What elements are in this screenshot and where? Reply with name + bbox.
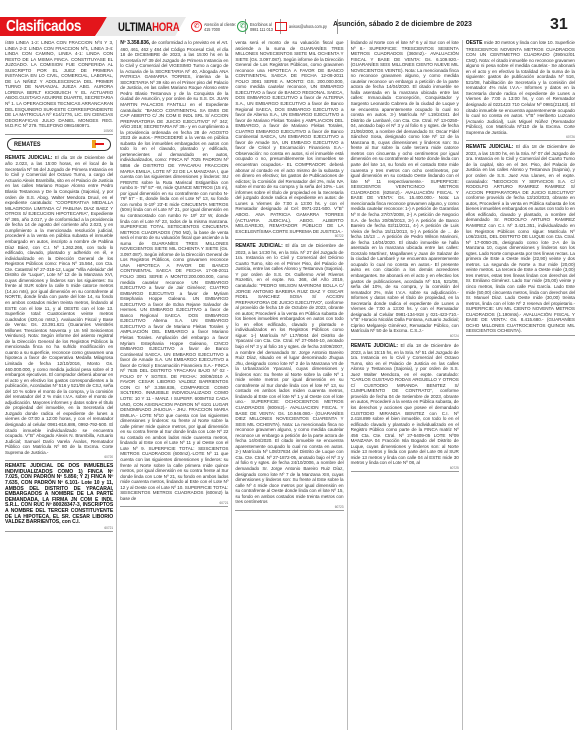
notice-text: REMATE JUDICIAL DE DOS INMUEBLES INDIVID…: [5, 464, 113, 526]
notice-body: mide 30 metros y linda con lote 10. Supe…: [466, 40, 575, 135]
column-5: OESTE mide 30 metros y linda con lote 10…: [463, 40, 578, 730]
notice-text: OESTE mide 30 metros y linda con lote 10…: [466, 40, 575, 135]
notice: lindando al Norte con el lote Nº 6 y al …: [351, 40, 459, 340]
notice-body: El día 18 de Diciembre del año 2.023, a …: [5, 155, 113, 455]
gavel-icon: [92, 140, 104, 148]
notice-text: venta será el monto de su valuación fisc…: [235, 40, 343, 234]
classifieds-columns: /459 LINEA 1-2: LINDA CON FRACCION Nº4 Y…: [2, 40, 578, 730]
notice-body: El día 18 de Diciembre de 2023, a las 14…: [235, 243, 343, 504]
issue-date: Asunción, sábado 2 de diciembre de 2023: [333, 21, 472, 28]
contact-email-value: avisos@uhora.com.py: [289, 24, 327, 29]
notice: REMATE JUDICIAL: El día 18 de Diciembre …: [235, 243, 343, 511]
remates-label: REMATES: [14, 141, 41, 148]
page-number: 31: [550, 16, 568, 34]
notice-body: El día 18 de Diciembre de 2023, a las 15…: [466, 144, 575, 333]
notice-lead: REMATE JUDICIAL:: [466, 144, 514, 150]
notice-lead: Nº 3.358.836,: [120, 40, 150, 46]
column-1: /459 LINEA 1-2: LINDA CON FRACCION Nº4 Y…: [2, 40, 117, 730]
contact-value: 415 7000: [204, 27, 236, 32]
notice-text: REMATE JUDICIAL: El día 18 de Diciembre …: [466, 144, 575, 334]
notice: /459 LINEA 1-2: LINDA CON FRACCION Nº4 Y…: [5, 40, 113, 135]
envelope-icon: [275, 22, 287, 31]
phone-icon: ✆: [191, 21, 202, 32]
notice: OESTE mide 30 metros y linda con lote 10…: [466, 40, 575, 141]
notice-lead: REMATE JUDICIAL:: [235, 243, 282, 249]
notice-text: REMATE JUDICIAL: El día 18 de Diciembre …: [351, 343, 459, 466]
page-header: Clasificados ULTIMAHORA ✆ Atención al cl…: [0, 14, 580, 36]
notice-ref: 60721: [5, 526, 113, 530]
notice-ref: 60723: [235, 505, 343, 509]
notice-body: de conformidad a lo previsto en el Art. …: [120, 40, 228, 501]
logo-part-b: HORA: [152, 20, 179, 34]
notice-ref: 60725: [351, 466, 459, 470]
notice: REMATE JUDICIAL DE DOS INMUEBLES INDIVID…: [5, 464, 113, 532]
notice-ref: 105/00: [5, 129, 113, 133]
notice-body: El día 18 de Diciembre de 2023, a las 15…: [351, 343, 459, 465]
column-4: lindando al Norte con el lote Nº 6 y al …: [348, 40, 463, 730]
notice: REMATE JUDICIAL: El día 18 de Diciembre …: [351, 343, 459, 472]
notice-text: lindando al Norte con el lote Nº 6 y al …: [351, 40, 459, 334]
column-3: venta será el monto de su valuación fisc…: [232, 40, 347, 730]
notice-text: REMATE JUDICIAL: El día 18 de Diciembre …: [5, 155, 113, 456]
logo-part-a: ULTIMA: [118, 20, 152, 34]
notice-lead: REMATE JUDICIAL:: [5, 155, 52, 161]
notice: REMATE JUDICIAL: El día 18 de Diciembre …: [5, 155, 113, 462]
notice: REMATE JUDICIAL: El día 18 de Diciembre …: [466, 144, 575, 336]
notice-ref: 60724: [351, 334, 459, 338]
contact-value: 0981 111 013: [250, 27, 273, 32]
notice-text: Nº 3.358.836, de conformidad a lo previs…: [120, 40, 228, 501]
notice-lead: REMATE JUDICIAL:: [351, 343, 398, 349]
section-tab: Clasificados: [0, 17, 108, 36]
notice: Nº 3.358.836, de conformidad a lo previs…: [120, 40, 228, 507]
remates-banner: REMATES: [7, 138, 111, 151]
notice-ref: 60722: [235, 234, 343, 238]
notice-lead: OESTE: [466, 40, 483, 46]
section-title: Clasificados: [6, 18, 81, 36]
column-2: Nº 3.358.836, de conformidad a lo previs…: [117, 40, 232, 730]
notice-ref: 60726: [466, 135, 575, 139]
newspaper-logo: ULTIMAHORA: [118, 20, 179, 34]
whatsapp-icon: ✆: [237, 21, 248, 32]
notice: venta será el monto de su valuación fisc…: [235, 40, 343, 240]
notice-ref: 60721: [120, 501, 228, 505]
contact-email: avisos@uhora.com.py: [275, 19, 338, 34]
notice-text: REMATE JUDICIAL: El día 18 de Diciembre …: [235, 243, 343, 505]
notice-ref: 60720: [5, 455, 113, 459]
notice-text: /459 LINEA 1-2: LINDA CON FRACCION Nº4 Y…: [5, 40, 113, 129]
